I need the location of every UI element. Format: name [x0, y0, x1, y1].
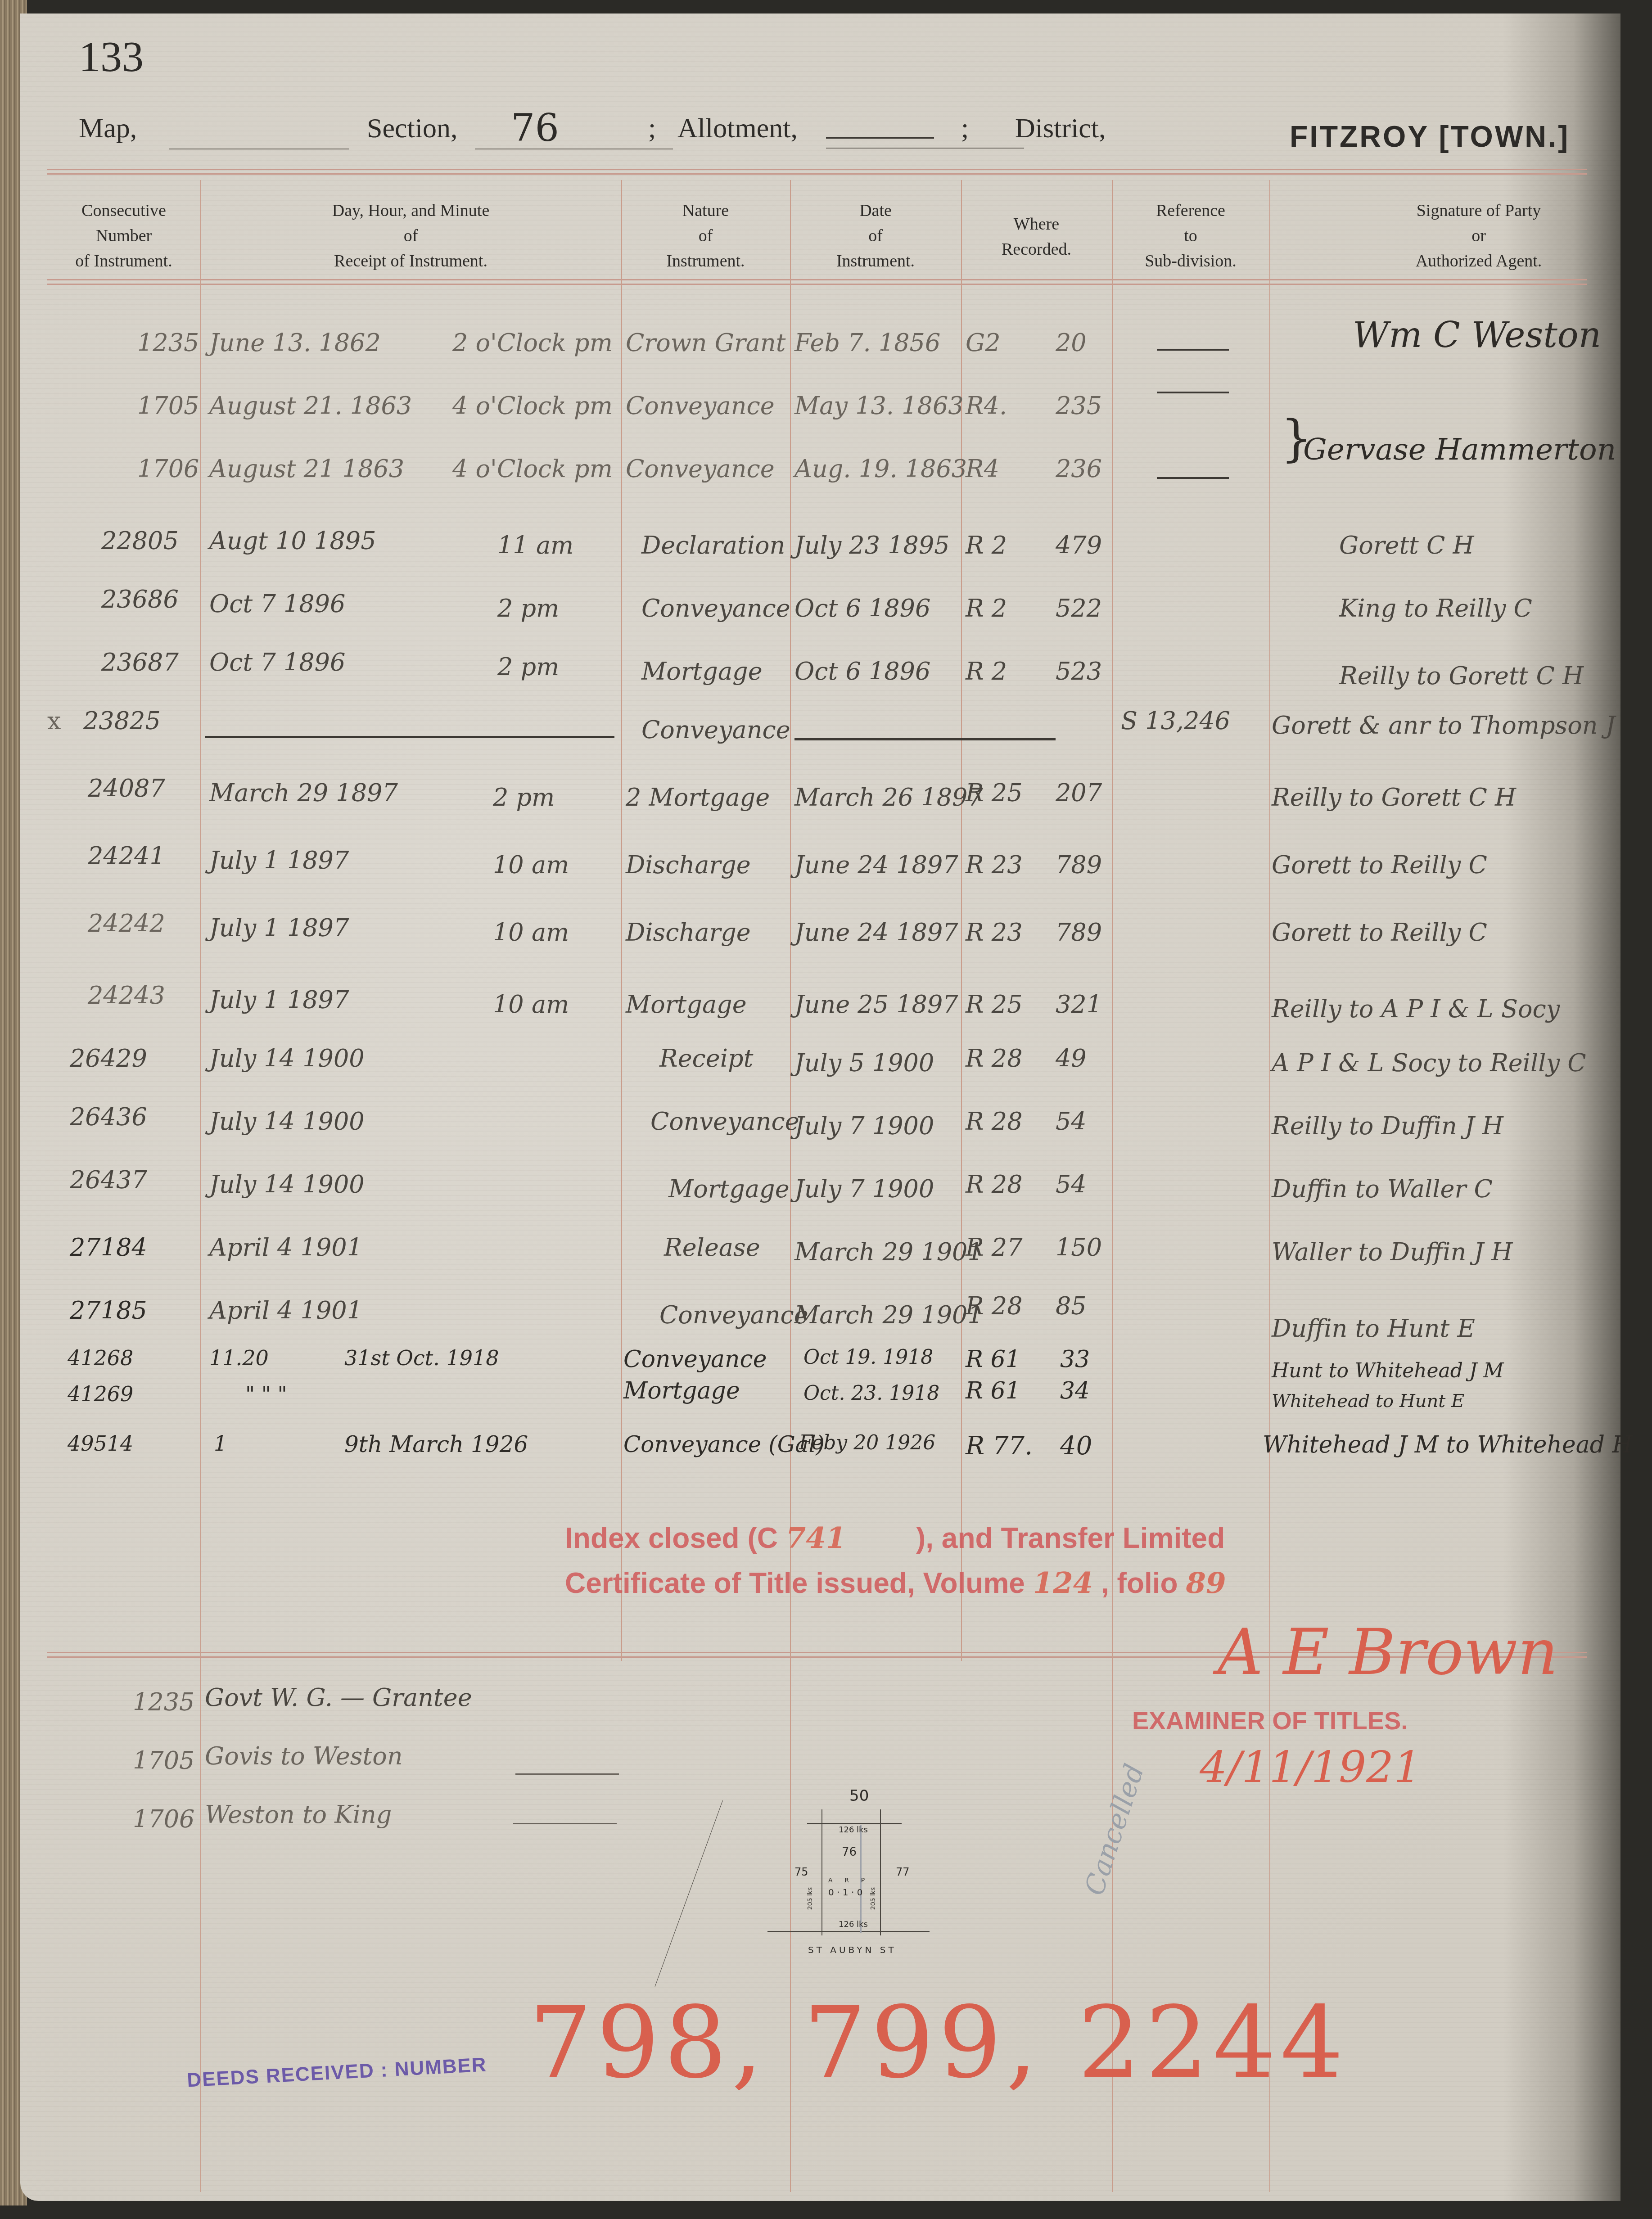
received-time: 4 o'Clock pm — [452, 392, 613, 420]
folio: 54 — [1056, 1170, 1087, 1199]
book: R4. — [966, 392, 1007, 420]
folio: 207 — [1056, 779, 1102, 807]
instrument-date: Oct 6 1896 — [794, 594, 930, 622]
plan-east-boundary — [880, 1809, 881, 1935]
instrument-date: March 26 1897 — [794, 783, 983, 812]
col-divider-6 — [1269, 180, 1270, 2192]
book: R 28 — [966, 1107, 1023, 1136]
party: A P I & L Socy to Reilly C — [1272, 1049, 1586, 1077]
book: R 25 — [966, 990, 1023, 1019]
received-date: July 14 1900 — [209, 1044, 365, 1073]
book: R 2 — [966, 594, 1007, 622]
instrument-number: 41268 — [68, 1346, 133, 1370]
instrument-number: 26436 — [70, 1103, 147, 1131]
received-date: July 14 1900 — [209, 1170, 365, 1199]
party: Gorett to Reilly C — [1272, 918, 1487, 947]
received-date: 31st Oct. 1918 — [344, 1346, 499, 1370]
party: Duffin to Hunt E — [1272, 1314, 1475, 1343]
received-date: June 13. 1862 — [209, 329, 381, 357]
date-dash — [794, 738, 1056, 740]
party: Gorett to Reilly C — [1272, 851, 1487, 879]
nature: Declaration — [641, 531, 785, 559]
volume-number: 124 — [1033, 1566, 1093, 1600]
instrument-date: July 7 1900 — [794, 1112, 934, 1140]
subdivision-dash — [1157, 477, 1229, 479]
instrument-date: June 24 1897 — [794, 851, 958, 879]
folio: 150 — [1056, 1233, 1102, 1262]
nature: Discharge — [626, 918, 751, 947]
note-number: 1706 — [133, 1805, 194, 1833]
section-blank — [475, 149, 673, 149]
examiner-signature: A E Brown — [1218, 1616, 1558, 1689]
book: R 61 — [966, 1346, 1020, 1373]
instrument-date: Feby 20 1926 — [799, 1431, 935, 1454]
district-value: FITZROY [TOWN.] — [1290, 119, 1570, 153]
plan-top-dim: 126 lks — [839, 1825, 868, 1835]
nature: Conveyance — [626, 392, 775, 420]
page-number: 133 — [79, 32, 144, 81]
index-ref: 741 — [786, 1521, 846, 1555]
district-label: District, — [1015, 113, 1106, 144]
subdivision-ref: S 13,246 — [1121, 707, 1230, 735]
instrument-number: 24242 — [88, 909, 165, 938]
party: Whitehead to Hunt E — [1272, 1391, 1464, 1412]
section-label: Section, — [367, 113, 457, 144]
folio: 479 — [1056, 531, 1102, 559]
subdivision-dash — [1157, 349, 1229, 351]
certificate-stamp: Certificate of Title issued, Volume 124 … — [565, 1566, 1226, 1600]
book: R 28 — [966, 1292, 1023, 1320]
received-date: Oct 7 1896 — [209, 648, 345, 677]
instrument-date: June 25 1897 — [794, 990, 958, 1019]
plan-street-line — [767, 1931, 930, 1932]
received-date: July 1 1897 — [209, 846, 349, 875]
book: R 28 — [966, 1044, 1023, 1073]
col-header-nature: Nature of Instrument. — [621, 198, 790, 274]
received-date: August 21 1863 — [209, 455, 404, 483]
party: Gorett C H — [1339, 531, 1474, 559]
instrument-date: March 29 1901 — [794, 1301, 983, 1329]
book: R 28 — [966, 1170, 1023, 1199]
instrument-number: 1235 — [137, 329, 199, 357]
nature: Mortgage — [668, 1175, 790, 1203]
instrument-date: March 29 1901 — [794, 1238, 983, 1266]
folio: 33 — [1060, 1346, 1090, 1373]
nature: Mortgage — [626, 990, 747, 1019]
register-page: 133 Map, Section, 76 ; Allotment, ; Dist… — [20, 14, 1620, 2201]
pencil-note: Cancelled — [1079, 1760, 1151, 1899]
instrument-number: 24241 — [88, 842, 165, 870]
folio: 789 — [1056, 918, 1102, 947]
folio-number: 89 — [1186, 1566, 1226, 1600]
section-value: 76 — [511, 106, 559, 150]
nature: Mortgage — [623, 1377, 740, 1404]
instrument-date: July 23 1895 — [794, 531, 950, 559]
examiner-title: EXAMINER OF TITLES. — [1132, 1706, 1408, 1735]
plan-west-lot: 75 — [794, 1866, 808, 1878]
instrument-date: Oct 19. 1918 — [803, 1346, 933, 1369]
nature: Conveyance — [641, 594, 790, 622]
folio: 235 — [1056, 392, 1102, 420]
received-date: July 14 1900 — [209, 1107, 365, 1136]
received-time: 2 pm — [497, 653, 559, 681]
instrument-date: Feb 7. 1856 — [794, 329, 940, 357]
instrument-date: July 7 1900 — [794, 1175, 934, 1203]
book: R 23 — [966, 851, 1023, 879]
note-text: Govt W. G. — Grantee — [205, 1683, 472, 1712]
folio: 54 — [1056, 1107, 1087, 1136]
folio: 20 — [1056, 329, 1087, 357]
instrument-number: 27184 — [70, 1233, 147, 1262]
nature: Conveyance — [659, 1301, 808, 1329]
party: Whitehead J M to Whitehead H — [1263, 1431, 1633, 1458]
note-dash — [513, 1823, 617, 1824]
col-header-receipt: Day, Hour, and Minute of Receipt of Inst… — [200, 198, 621, 274]
deeds-numbers: 798, 799, 2244 — [529, 1985, 1348, 2100]
instrument-number: 26437 — [70, 1166, 147, 1194]
plan-north-lot: 50 — [849, 1787, 869, 1805]
book: R4 — [966, 455, 999, 483]
party: Reilly to Duffin J H — [1272, 1112, 1503, 1140]
instrument-date: Oct 6 1896 — [794, 657, 930, 686]
folio: 49 — [1056, 1044, 1087, 1073]
map-blank — [169, 149, 349, 149]
plan-right-dim: 205 lks — [870, 1887, 877, 1910]
note-dash — [515, 1773, 619, 1775]
col-divider-5 — [1112, 180, 1113, 2192]
note-text: Govis to Weston — [205, 1742, 402, 1770]
instrument-number: 23825 — [83, 707, 161, 735]
received-date: March 29 1897 — [209, 779, 398, 807]
received-date: Oct 7 1896 — [209, 590, 345, 618]
book: R 25 — [966, 779, 1023, 807]
received-time: 11.20 — [209, 1346, 269, 1370]
instrument-date: July 5 1900 — [794, 1049, 934, 1077]
received-time: 4 o'Clock pm — [452, 455, 613, 483]
plan-east-lot: 77 — [896, 1866, 910, 1878]
instrument-number: 26429 — [70, 1044, 147, 1073]
plan-street-name: ST AUBYN ST — [808, 1944, 897, 1955]
nature: Receipt — [659, 1044, 753, 1073]
instrument-date: Oct. 23. 1918 — [803, 1382, 939, 1405]
received-time: 2 pm — [497, 594, 559, 622]
allotment-blank — [826, 137, 934, 139]
instrument-number: 23687 — [101, 648, 179, 677]
party: Hunt to Whitehead J M — [1272, 1359, 1504, 1382]
semicolon: ; — [648, 113, 656, 144]
party: Waller to Duffin J H — [1272, 1238, 1512, 1266]
allotment-blank-underline — [826, 148, 1024, 149]
instrument-number: 23686 — [101, 585, 179, 613]
folio: 789 — [1056, 851, 1102, 879]
column-header-rule — [47, 279, 1587, 285]
received-time: 10 am — [493, 918, 569, 947]
received-time: 10 am — [493, 851, 569, 879]
header-rule — [47, 169, 1587, 175]
folio: 34 — [1060, 1377, 1090, 1404]
received-date: Augt 10 1895 — [209, 527, 376, 555]
semicolon-2: ; — [961, 113, 969, 144]
nature: Mortgage — [641, 657, 763, 686]
folio: 236 — [1056, 455, 1102, 483]
plan-left-dim: 205 lks — [807, 1887, 814, 1910]
examiner-date: 4/11/1921 — [1200, 1742, 1421, 1792]
nature: Conveyance (Gal) — [623, 1431, 825, 1457]
index-closed-stamp: Index closed (C 741 ), and Transfer Limi… — [565, 1521, 1225, 1555]
received-time: 2 pm — [493, 783, 555, 812]
received-date: April 4 1901 — [209, 1296, 362, 1325]
received-date: " " " — [245, 1382, 287, 1406]
book: R 2 — [966, 531, 1007, 559]
folio: 523 — [1056, 657, 1102, 686]
note-text: Weston to King — [205, 1800, 392, 1829]
book: R 27 — [966, 1233, 1023, 1262]
received-time: 2 o'Clock pm — [452, 329, 613, 357]
subdivision-dash — [1157, 392, 1229, 393]
party: Reilly to A P I & L Socy — [1272, 995, 1560, 1023]
receipt-dash — [205, 736, 614, 738]
instrument-number: 24243 — [88, 981, 165, 1010]
note-number: 1705 — [133, 1746, 194, 1775]
col-header-number: Consecutive Number of Instrument. — [47, 198, 200, 274]
folio: 40 — [1060, 1431, 1092, 1461]
col-header-date: Date of Instrument. — [790, 198, 961, 274]
instrument-number: 1705 — [137, 392, 199, 420]
instrument-number: 24087 — [88, 774, 165, 803]
allotment-label: Allotment, — [677, 113, 798, 144]
party: King to Reilly C — [1339, 594, 1532, 622]
nature: 2 Mortgage — [626, 783, 770, 812]
note-number: 1235 — [133, 1688, 194, 1716]
party-signature: Wm C Weston — [1353, 315, 1601, 356]
plan-area-labels: A R P — [828, 1877, 865, 1884]
instrument-number: 22805 — [101, 527, 179, 555]
col-divider-2 — [621, 180, 622, 1661]
received-time: 10 am — [493, 990, 569, 1019]
party-signature: Gervase Hammerton — [1303, 432, 1616, 467]
instrument-number: 1706 — [137, 455, 199, 483]
received-date: 9th March 1926 — [344, 1431, 528, 1457]
instrument-date: June 24 1897 — [794, 918, 958, 947]
instrument-number: 27185 — [70, 1296, 147, 1325]
col-header-subdivision: Reference to Sub-division. — [1112, 198, 1269, 274]
book: R 77. — [966, 1431, 1033, 1461]
received-date: April 4 1901 — [209, 1233, 362, 1262]
instrument-number: 41269 — [68, 1382, 133, 1406]
nature: Release — [664, 1233, 760, 1262]
received-time: 1 — [214, 1431, 227, 1456]
party: Reilly to Gorett C H — [1339, 662, 1584, 690]
book: R 23 — [966, 918, 1023, 947]
cross-mark: x — [47, 707, 61, 735]
folio: 321 — [1056, 990, 1102, 1019]
plan-north-boundary — [807, 1823, 902, 1824]
nature: Crown Grant — [626, 329, 785, 357]
received-date: August 21. 1863 — [209, 392, 412, 420]
book: R 2 — [966, 657, 1007, 686]
map-label: Map, — [79, 113, 137, 144]
instrument-date: May 13. 1863 — [794, 392, 964, 420]
nature: Conveyance — [623, 1346, 767, 1373]
book: G2 — [966, 329, 1001, 357]
folio: 522 — [1056, 594, 1102, 622]
col-header-recorded: Where Recorded. — [961, 212, 1112, 262]
book: R 61 — [966, 1377, 1020, 1404]
north-arrow-icon — [655, 1800, 723, 1987]
deeds-received-stamp: DEEDS RECEIVED : NUMBER — [186, 2054, 487, 2092]
nature: Conveyance — [626, 455, 775, 483]
nature: Conveyance — [641, 716, 790, 744]
received-date: July 1 1897 — [209, 914, 349, 942]
col-header-signature: Signature of Party or Authorized Agent. — [1371, 198, 1587, 274]
folio: 85 — [1056, 1292, 1087, 1320]
nature: Discharge — [626, 851, 751, 879]
instrument-number: 49514 — [68, 1431, 133, 1456]
plan-bottom-dim: 126 lks — [839, 1920, 868, 1929]
party: Duffin to Waller C — [1272, 1175, 1493, 1203]
nature: Conveyance — [650, 1107, 799, 1136]
party: Gorett & anr to Thompson J — [1272, 711, 1615, 740]
col-divider-1 — [200, 180, 201, 2192]
received-time: 11 am — [497, 531, 573, 559]
allotment-plan: 50 126 lks 76 75 77 A R P 0 · 1 · 0 205 … — [740, 1764, 1011, 2016]
plan-west-boundary — [821, 1809, 822, 1935]
instrument-date: Aug. 19. 1863 — [794, 455, 967, 483]
party: Reilly to Gorett C H — [1272, 783, 1516, 812]
received-date: July 1 1897 — [209, 986, 349, 1014]
plan-this-lot: 76 — [842, 1845, 857, 1859]
plan-area-values: 0 · 1 · 0 — [828, 1887, 862, 1898]
